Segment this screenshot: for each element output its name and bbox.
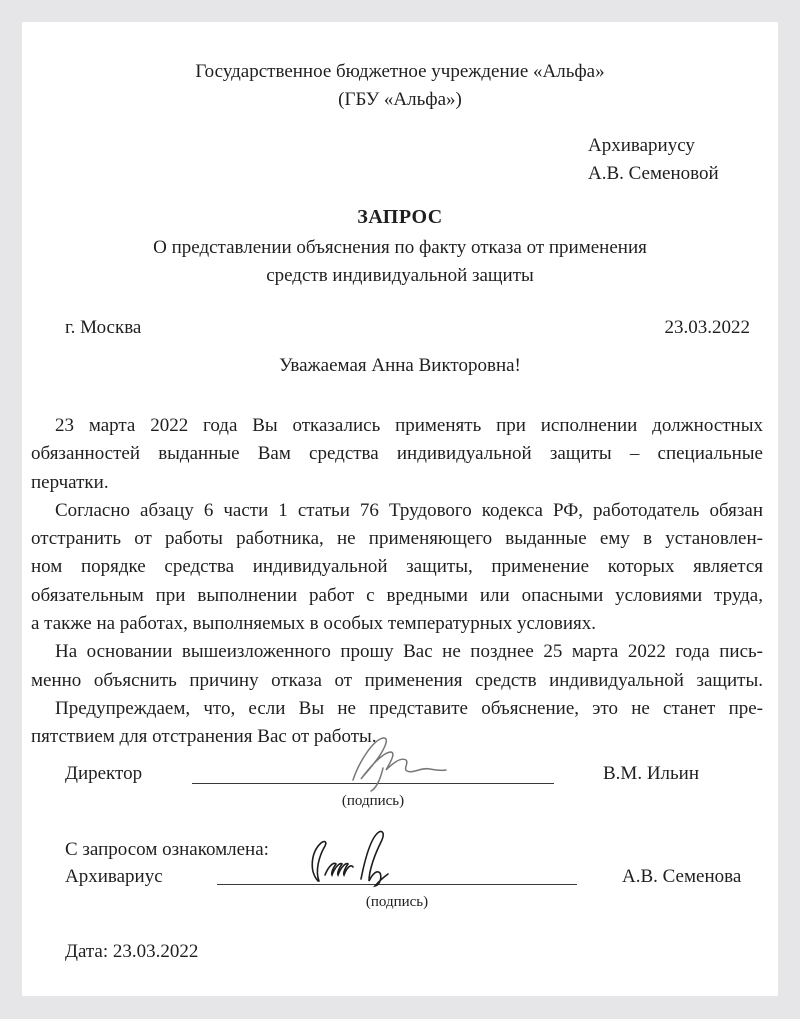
- paragraph-3-line-1: На основании вышеизложенного прошу Вас н…: [31, 638, 763, 666]
- addressee-block: Архивариусу А.В. Семеновой: [588, 132, 719, 188]
- archivist-signature-caption: (подпись): [217, 894, 577, 911]
- paragraph-1-line-1: 23 марта 2022 года Вы отказались применя…: [31, 412, 763, 440]
- subtitle-line-2: средств индивидуальной защиты: [40, 262, 760, 290]
- director-role-label: Директор: [65, 760, 142, 788]
- body-paragraphs: 23 марта 2022 года Вы отказались применя…: [31, 412, 763, 752]
- director-name: В.М. Ильин: [603, 760, 699, 788]
- paragraph-2-line-4: обязательным при выполнении работ с вред…: [31, 582, 763, 610]
- archivist-role-label: Архивариус: [65, 863, 163, 891]
- city-label: г. Москва: [65, 314, 141, 342]
- org-name-line-2: (ГБУ «Альфа»): [0, 86, 800, 114]
- director-signature-caption: (подпись): [192, 793, 554, 810]
- acknowledgement-intro: С запросом ознакомлена:: [65, 836, 269, 864]
- org-name-line-1: Государственное бюджетное учреждение «Ал…: [0, 58, 800, 86]
- page-frame: Государственное бюджетное учреждение «Ал…: [0, 0, 800, 1019]
- director-signature: [333, 730, 463, 796]
- paragraph-2-line-2: отстранить от работы работника, не приме…: [31, 525, 763, 553]
- paragraph-4-line-1: Предупреждаем, что, если Вы не представи…: [31, 695, 763, 723]
- paragraph-2-line-1: Согласно абзацу 6 части 1 статьи 76 Труд…: [31, 497, 763, 525]
- paragraph-1-line-3: перчатки.: [31, 469, 763, 497]
- paragraph-3-line-2: менно объяснить причину отказа от примен…: [31, 667, 763, 695]
- salutation: Уважаемая Анна Викторовна!: [0, 352, 800, 380]
- subtitle-line-1: О представлении объяснения по факту отка…: [40, 234, 760, 262]
- date-value: 23.03.2022: [665, 314, 751, 342]
- archivist-signature: [300, 828, 420, 894]
- document-title: ЗАПРОС: [0, 206, 800, 229]
- paragraph-1-line-2: обязанностей выданные Вам средства индив…: [31, 440, 763, 468]
- org-header: Государственное бюджетное учреждение «Ал…: [0, 58, 800, 114]
- addressee-role: Архивариусу: [588, 132, 719, 160]
- paragraph-2-line-5: а также на работах, выполняемых в особых…: [31, 610, 763, 638]
- footer-date-line: Дата: 23.03.2022: [65, 938, 198, 966]
- place-date-row: г. Москва 23.03.2022: [65, 314, 750, 342]
- paragraph-2-line-3: ном порядке средства индивидуальной защи…: [31, 553, 763, 581]
- addressee-name: А.В. Семеновой: [588, 160, 719, 188]
- archivist-name: А.В. Семенова: [622, 863, 741, 891]
- document-subtitle: О представлении объяснения по факту отка…: [40, 234, 760, 290]
